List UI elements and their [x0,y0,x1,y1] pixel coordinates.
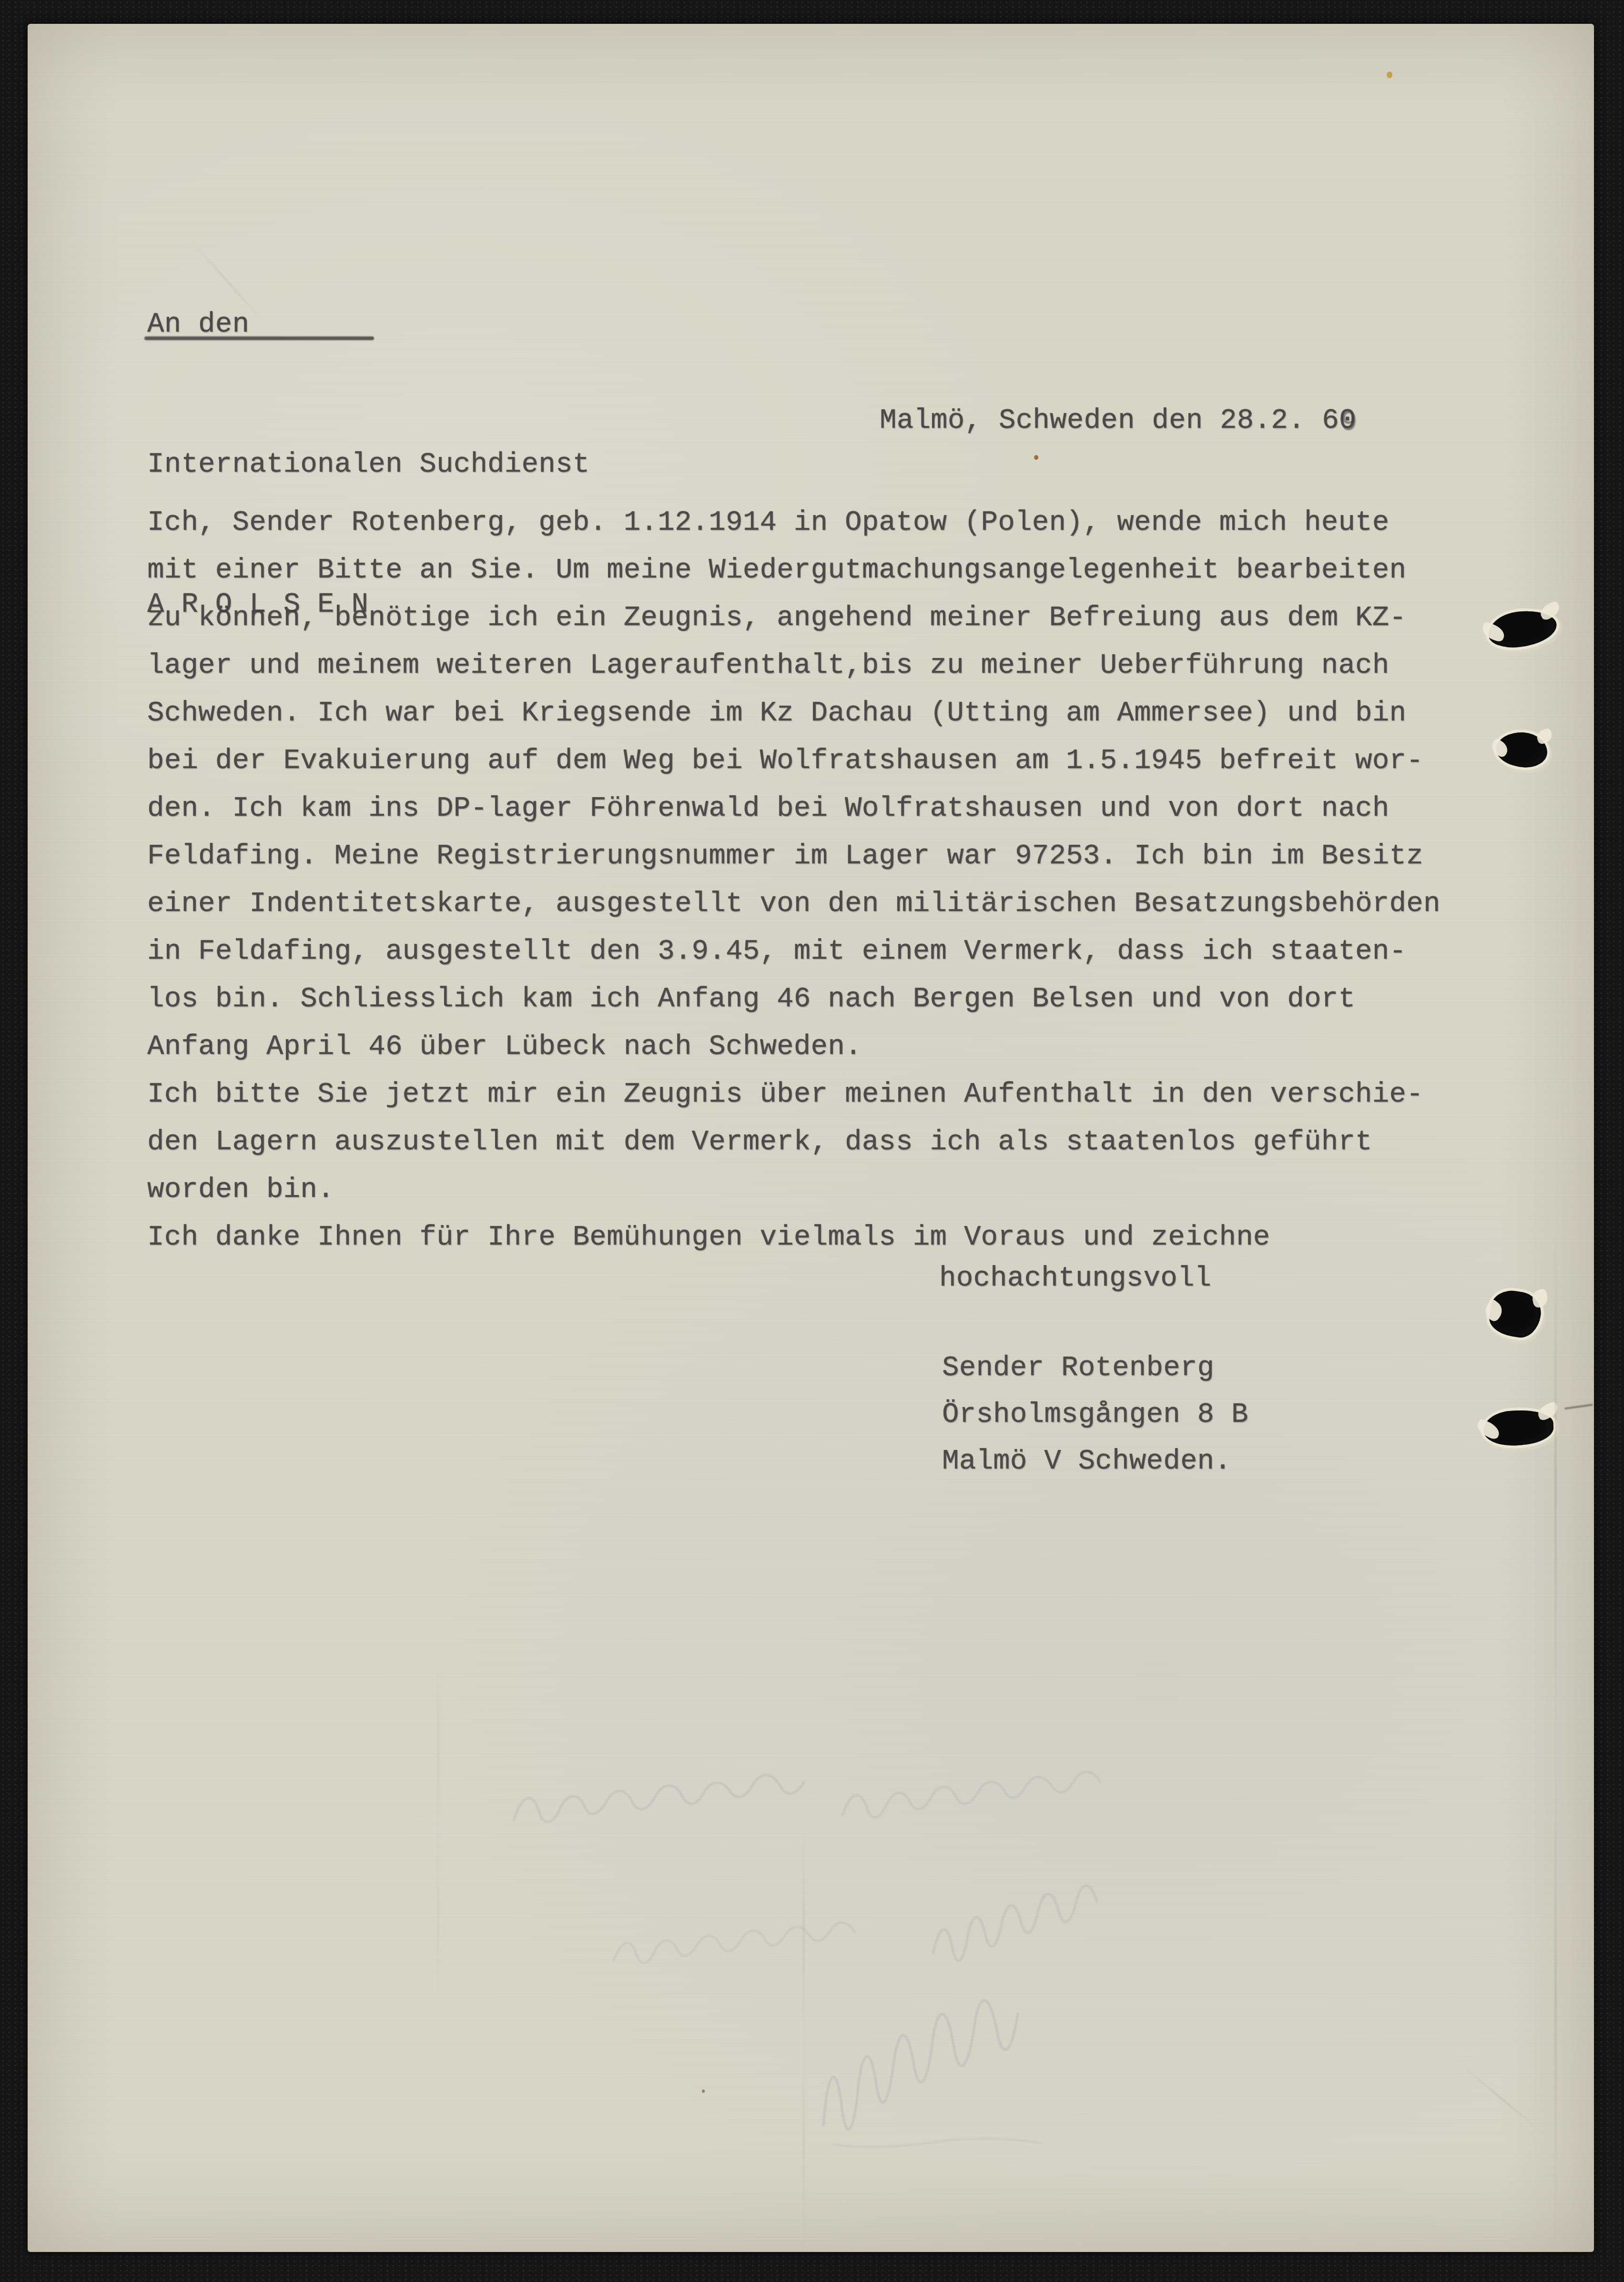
typed-line: in Feldafing, ausgestellt den 3.9.45, mi… [147,928,1441,975]
typed-line: Anfang April 46 über Lübeck nach Schwede… [147,1023,1441,1071]
crease-line [1555,1234,1556,2244]
dateline: Malmö, Schweden den 28.2. 60 [880,397,1356,445]
paper-speck [1387,71,1392,78]
typed-line: los bin. Schliesslich kam ich Anfang 46 … [147,975,1441,1023]
typed-line: den Lagern auszustellen mit dem Vermerk,… [147,1118,1441,1166]
closing-salutation: hochachtungsvoll [939,1255,1211,1302]
typed-line: worden bin. [147,1166,1441,1214]
typed-line: Ich bitte Sie jetzt mir ein Zeugnis über… [147,1071,1441,1118]
typed-line: lager und meinem weiteren Lageraufenthal… [147,642,1441,690]
punch-hole [1482,1409,1554,1447]
handwriting-bleedthrough [480,1749,1243,2178]
dateline-overstrike-digit: 9 [1340,399,1358,446]
typed-line: zu können, benötige ich ein Zeugnis, ang… [147,594,1441,642]
typed-line: Sender Rotenberg [942,1345,1248,1391]
paper-tear [1564,1404,1593,1410]
punch-hole [1487,608,1559,650]
typed-line: Schweden. Ich war bei Kriegsende im Kz D… [147,690,1441,737]
punch-hole [1495,730,1549,769]
signature-block: Sender RotenbergÖrsholmsgången 8 BMalmö … [942,1345,1248,1485]
typed-line: Malmö V Schweden. [942,1438,1248,1485]
typed-line: Örsholmsgången 8 B [942,1391,1248,1438]
city-underline [144,336,374,340]
typed-line: einer Indentitetskarte, ausgestellt von … [147,880,1441,928]
crease-line [437,1668,439,2001]
typed-line: bei der Evakuierung auf dem Weg bei Wolf… [147,737,1441,785]
typed-line: Ich danke Ihnen für Ihre Bemühungen viel… [147,1214,1441,1261]
crease-line [1460,2063,1541,2132]
typed-line: mit einer Bitte an Sie. Um meine Wiederg… [147,547,1441,594]
paper-speck [1034,455,1038,460]
typed-line: den. Ich kam ins DP-lager Föhrenwald bei… [147,785,1441,832]
letter-page: An den Internationalen Suchdienst A R O … [28,24,1594,2252]
typed-line: Feldafing. Meine Registrierungsnummer im… [147,832,1441,880]
typed-line: Ich, Sender Rotenberg, geb. 1.12.1914 in… [147,499,1441,547]
recipient-line: Internationalen Suchdienst [147,441,589,488]
scan-backdrop: { "scan": { "backdrop_color": "#161616",… [0,0,1624,2282]
recipient-line: An den [147,301,589,348]
letter-body: Ich, Sender Rotenberg, geb. 1.12.1914 in… [147,499,1441,1261]
punch-hole [1487,1288,1544,1340]
